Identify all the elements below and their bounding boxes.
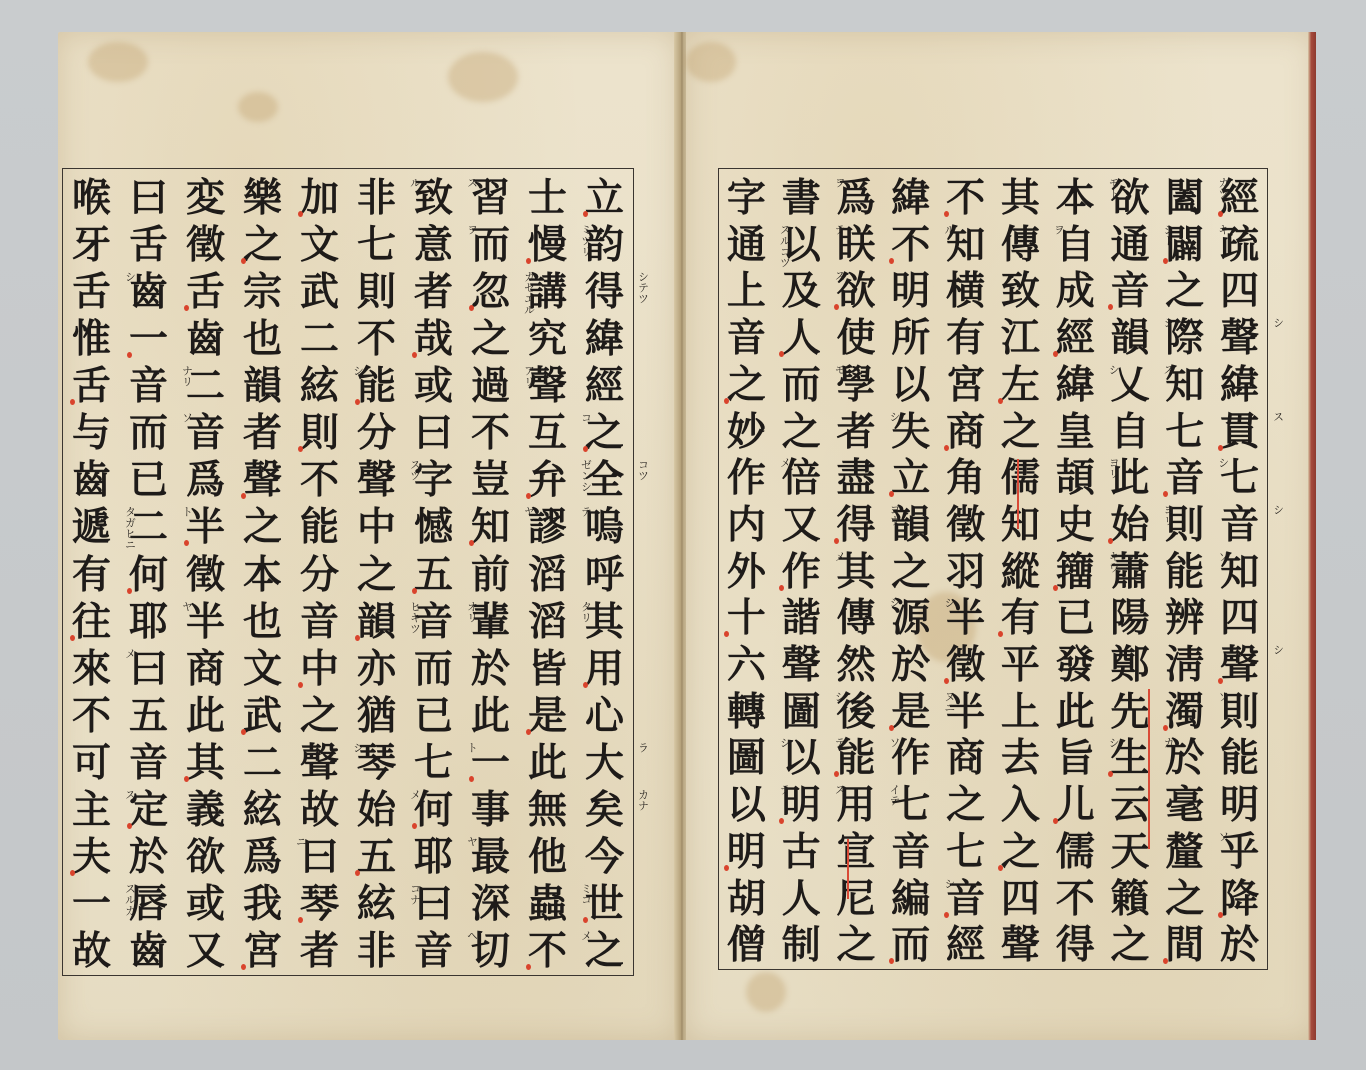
kanji-character: 人: [775, 315, 827, 362]
kanji-character: 傳ヲ: [994, 222, 1046, 269]
kanji-character: 胡: [720, 876, 772, 923]
red-punctuation-dot: [1108, 304, 1113, 310]
red-punctuation-dot: [70, 399, 75, 405]
kanji-character: 七ト: [408, 740, 460, 787]
kanji-character: 之: [1159, 268, 1211, 315]
kunten-reading-mark: ニ: [296, 836, 307, 847]
kunten-reading-mark: シ: [1273, 317, 1284, 328]
kanji-character: 中: [294, 646, 346, 693]
kanji-character: 絃シ: [294, 363, 346, 410]
kanji-character: 哉: [408, 316, 460, 363]
kanji-character: 釐ソ: [1159, 829, 1211, 876]
red-punctuation-dot: [1218, 445, 1223, 451]
kanji-character: 不: [1049, 876, 1101, 923]
kanji-character: 緯: [885, 175, 937, 222]
kanji-character: 之: [237, 222, 289, 269]
kanji-character: 内: [720, 502, 772, 549]
kanji-character: 之: [1159, 876, 1211, 923]
kanji-character: 通シト: [1104, 222, 1156, 269]
kunten-reading-mark: ヌニ: [944, 691, 955, 713]
kanji-character: 而モ: [775, 362, 827, 409]
kanji-character: 儿: [1049, 782, 1101, 829]
kanji-character: 事: [465, 787, 517, 834]
kanji-character: 經: [1049, 315, 1101, 362]
kunten-reading-mark: ス: [467, 177, 478, 188]
kanji-character: 皇: [1049, 409, 1101, 456]
kanji-character: 尼: [830, 876, 882, 923]
kanji-character: 也: [237, 599, 289, 646]
red-punctuation-dot: [469, 540, 474, 546]
kanji-character: 縱: [994, 549, 1046, 596]
kanji-character: 舌: [66, 363, 118, 410]
text-column: 樂之宗也韻者聲之本也文武二絃爲ニ我宮: [234, 169, 291, 975]
left-page: 立韵得シテツ緯經之全コツ嗚呼其用心大ラ矣カナ今世之士慢ミツリ講究聲互コ弁ゼンシ謬…: [58, 32, 678, 1040]
kanji-character: 有: [994, 595, 1046, 642]
kanji-character: 以テ: [720, 782, 772, 829]
red-punctuation-dot: [944, 678, 949, 684]
kanji-character: 耶ヤ: [408, 834, 460, 881]
kanji-character: 之: [994, 409, 1046, 456]
kanji-character: 上: [720, 268, 772, 315]
kanji-character: 二: [294, 316, 346, 363]
red-punctuation-dot: [944, 912, 949, 918]
kunten-reading-mark: ル: [944, 224, 955, 235]
text-column: 爲眹欲使學者シ盡得ヨウ其傳シ然後能ソ用イテ宣尼之: [829, 169, 884, 969]
kanji-character: 豈: [465, 457, 517, 504]
red-punctuation-dot: [779, 351, 784, 357]
kunten-reading-mark: ラ: [638, 742, 649, 753]
water-stain: [238, 92, 278, 122]
kanji-character: 舌: [123, 222, 175, 269]
kanji-character: 七: [351, 222, 403, 269]
kanji-character: 又: [775, 502, 827, 549]
red-punctuation-dot: [889, 258, 894, 264]
kanji-character: 經: [579, 363, 631, 410]
kunten-reading-mark: カセエル: [524, 271, 535, 315]
kunten-reading-mark: コ: [581, 412, 592, 423]
kunten-reading-mark: シ: [944, 878, 955, 889]
kunten-reading-mark: ソ: [1218, 691, 1229, 702]
kanji-character: 所: [885, 315, 937, 362]
kunten-reading-mark: シ: [1163, 317, 1174, 328]
kanji-character: 旨シ: [1049, 735, 1101, 782]
red-punctuation-dot: [834, 304, 839, 310]
kanji-character: 闔カツ: [1159, 175, 1211, 222]
kunten-reading-mark: ヲ: [467, 224, 478, 235]
kanji-character: 已: [1049, 595, 1101, 642]
kanji-character: 人: [775, 876, 827, 923]
kanji-character: 猶: [351, 693, 403, 740]
kanji-character: 自: [1104, 409, 1156, 456]
kanji-character: 陽: [1104, 595, 1156, 642]
kanji-character: 弁ゼンシ: [522, 457, 574, 504]
kanji-character: 降: [1214, 876, 1266, 923]
kanji-character: 其: [994, 175, 1046, 222]
red-punctuation-dot: [355, 870, 360, 876]
kanji-character: 以: [885, 362, 937, 409]
kunten-reading-mark: ス: [125, 789, 136, 800]
kanji-character: 上: [994, 689, 1046, 736]
red-punctuation-dot: [1163, 725, 1168, 731]
kanji-character: 作メ: [720, 455, 772, 502]
kanji-character: 於: [123, 834, 175, 881]
kunten-reading-mark: ナリ: [182, 365, 193, 387]
kanji-character: 音: [123, 740, 175, 787]
kanji-character: 宗: [237, 269, 289, 316]
kunten-reading-mark: ヤ: [467, 836, 478, 847]
kanji-character: 來メ: [66, 646, 118, 693]
red-punctuation-dot: [944, 445, 949, 451]
kanji-character: 聲シ: [294, 740, 346, 787]
kanji-character: 或: [180, 881, 232, 928]
kanji-character: 加: [294, 175, 346, 222]
red-punctuation-dot: [779, 818, 784, 824]
kanji-character: 江: [994, 315, 1046, 362]
kanji-character: 互コ: [522, 410, 574, 457]
left-text-columns: 立韵得シテツ緯經之全コツ嗚呼其用心大ラ矣カナ今世之士慢ミツリ講究聲互コ弁ゼンシ謬…: [63, 169, 633, 975]
kunten-reading-mark: スルコツ: [779, 224, 790, 268]
kunten-reading-mark: コツ: [638, 459, 649, 481]
kunten-reading-mark: ゼンシ: [581, 459, 592, 492]
kanji-character: 義: [180, 787, 232, 834]
kanji-character: 韻シ: [1104, 315, 1156, 362]
text-column: 習而忽カセエル之過アリ不豈知ヤ前輩於此一事最深切: [462, 169, 519, 975]
red-punctuation-dot: [184, 305, 189, 311]
kunten-reading-mark: テ: [581, 506, 592, 517]
kanji-character: 之: [775, 409, 827, 456]
kunten-reading-mark: カ: [1163, 737, 1174, 748]
kanji-character: 或: [408, 363, 460, 410]
kanji-character: 商: [940, 735, 992, 782]
kanji-character: 於: [885, 642, 937, 689]
kunten-reading-mark: カツ: [1218, 177, 1229, 199]
kunten-reading-mark: メ: [834, 551, 845, 562]
kanji-character: 士: [522, 175, 574, 222]
kunten-reading-mark: ヲ: [1053, 224, 1064, 235]
kanji-character: 樂: [237, 175, 289, 222]
text-column: 喉牙舌シ惟舌与齒遞タガヒニ有往來メ不可主ス夫一スルカ故: [63, 169, 120, 975]
kanji-character: 心: [579, 693, 631, 740]
kanji-character: 徵: [180, 552, 232, 599]
kanji-character: 之: [830, 922, 882, 969]
kunten-reading-mark: スツ: [410, 459, 421, 481]
kanji-character: 而ソ: [123, 410, 175, 457]
kanji-character: 皆: [522, 646, 574, 693]
kunten-reading-mark: メ: [779, 457, 790, 468]
kanji-character: 制: [775, 922, 827, 969]
red-punctuation-dot: [526, 493, 531, 499]
kunten-reading-mark: モ: [834, 364, 845, 375]
kunten-reading-mark: シ: [1108, 364, 1119, 375]
kanji-character: 知ヤ: [465, 504, 517, 551]
red-punctuation-dot: [355, 635, 360, 641]
red-punctuation-dot: [998, 865, 1003, 871]
red-punctuation-dot: [298, 682, 303, 688]
kunten-reading-mark: メ: [581, 930, 592, 941]
kanji-character: 何: [123, 552, 175, 599]
kanji-character: 不ル: [885, 222, 937, 269]
kunten-reading-mark: コナ: [410, 883, 421, 905]
kanji-character: 僧: [720, 922, 772, 969]
kunten-reading-mark: ヲ: [834, 177, 845, 188]
kanji-character: 之: [720, 362, 772, 409]
kunten-reading-mark: タリ: [581, 601, 592, 623]
kanji-character: 諧: [775, 595, 827, 642]
kanji-character: 明: [1214, 782, 1266, 829]
text-column: 変徵舌齒二音爲半徵半商此其義欲或又: [177, 169, 234, 975]
kunten-reading-mark: ヤ: [524, 506, 535, 517]
kunten-reading-mark: シト: [1163, 224, 1174, 246]
red-punctuation-dot: [70, 635, 75, 641]
red-punctuation-dot: [241, 729, 246, 735]
kanji-character: 通スルコツ: [720, 222, 772, 269]
kanji-character: 者: [294, 928, 346, 975]
kanji-character: 辨: [1159, 595, 1211, 642]
kanji-character: 音シ: [1214, 502, 1266, 549]
kanji-character: 意ヲ: [408, 222, 460, 269]
kunten-reading-mark: テ: [779, 784, 790, 795]
kanji-character: 音ヘ: [408, 928, 460, 975]
kunten-reading-mark: ミコ: [581, 883, 592, 905]
kanji-character: 頡ヨリ: [1049, 455, 1101, 502]
kanji-character: 者: [237, 410, 289, 457]
kanji-character: 商: [180, 646, 232, 693]
red-punctuation-dot: [355, 399, 360, 405]
kanji-character: 古: [775, 829, 827, 876]
kanji-character: 音シ: [1159, 455, 1211, 502]
kunten-reading-mark: メ: [410, 789, 421, 800]
kanji-character: 爲: [180, 457, 232, 504]
kanji-character: 琴: [294, 881, 346, 928]
kanji-character: 明: [885, 268, 937, 315]
kanji-character: 蟲ミコ: [522, 881, 574, 928]
proper-noun-line: [1148, 689, 1150, 849]
kanji-character: 遞タガヒニ: [66, 504, 118, 551]
kanji-character: 不: [66, 693, 118, 740]
kanji-character: 此: [522, 740, 574, 787]
kanji-character: 究: [522, 316, 574, 363]
kanji-character: 一: [123, 316, 175, 363]
red-punctuation-dot: [1218, 678, 1223, 684]
kanji-character: 不: [351, 316, 403, 363]
kunten-reading-mark: ソ: [1218, 551, 1229, 562]
kunten-reading-mark: ス: [1273, 411, 1284, 422]
kanji-character: 能: [1214, 735, 1266, 782]
kanji-character: 音: [885, 829, 937, 876]
kanji-character: 則: [351, 269, 403, 316]
kunten-reading-mark: テ: [834, 224, 845, 235]
kanji-character: 可: [66, 740, 118, 787]
kunten-reading-mark: ル: [410, 177, 421, 188]
kanji-character: 此: [1049, 689, 1101, 736]
red-punctuation-dot: [298, 211, 303, 217]
red-punctuation-dot: [70, 870, 75, 876]
red-punctuation-dot: [469, 305, 474, 311]
kanji-character: 大ラ: [579, 740, 631, 787]
kanji-character: 滔タリ: [522, 599, 574, 646]
kanji-character: 盡: [830, 455, 882, 502]
kanji-character: 徵: [940, 642, 992, 689]
kanji-character: 韻ヒキツ: [351, 599, 403, 646]
kanji-character: 前: [465, 552, 517, 599]
kanji-character: 明: [720, 829, 772, 876]
text-column: 書ヲ以テ及ス人而モ之倍又作メ諧聲圖シ以テ明ス古人制: [774, 169, 829, 969]
kanji-character: 之: [994, 829, 1046, 876]
kanji-character: 七: [940, 829, 992, 876]
kanji-character: 往: [66, 599, 118, 646]
kunten-reading-mark: ト: [182, 506, 193, 517]
kunten-reading-mark: ト: [467, 742, 478, 753]
text-column: 字通スルコツ上音之妙作メ内外十六轉圖シ以テ明胡僧: [719, 169, 774, 969]
kunten-reading-mark: ス: [1163, 364, 1174, 375]
red-punctuation-dot: [1163, 958, 1168, 964]
kanji-character: 滔: [522, 552, 574, 599]
kanji-character: 絃コナ: [351, 881, 403, 928]
kanji-character: 齒: [180, 316, 232, 363]
kanji-character: 濁ソ: [1159, 689, 1211, 736]
kanji-character: 中: [351, 504, 403, 551]
kanji-character: 立: [885, 455, 937, 502]
kunten-reading-mark: テ: [834, 737, 845, 748]
kunten-reading-mark: スルカ: [125, 883, 136, 916]
kanji-character: 是ヌニ: [885, 689, 937, 736]
kanji-character: 過アリ: [465, 363, 517, 410]
kanji-character: 毫: [1159, 782, 1211, 829]
red-punctuation-dot: [127, 352, 132, 358]
red-punctuation-dot: [1218, 912, 1223, 918]
kanji-character: 得シテツ: [579, 269, 631, 316]
kanji-character: 平: [994, 642, 1046, 689]
left-text-frame: 立韵得シテツ緯經之全コツ嗚呼其用心大ラ矣カナ今世之士慢ミツリ講究聲互コ弁ゼンシ謬…: [62, 168, 634, 976]
kanji-character: 然: [830, 642, 882, 689]
kanji-character: 曰: [408, 410, 460, 457]
red-punctuation-dot: [834, 771, 839, 777]
red-punctuation-dot: [583, 682, 588, 688]
water-stain: [448, 52, 518, 102]
red-punctuation-dot: [1218, 211, 1223, 217]
kanji-character: 角: [940, 455, 992, 502]
kanji-character: 籒キウ: [1049, 549, 1101, 596]
kanji-character: 四: [994, 876, 1046, 923]
kanji-character: 發: [1049, 642, 1101, 689]
kanji-character: 徵: [940, 502, 992, 549]
red-punctuation-dot: [724, 398, 729, 404]
red-punctuation-dot: [583, 446, 588, 452]
kunten-reading-mark: ソ: [182, 412, 193, 423]
red-punctuation-dot: [1053, 351, 1058, 357]
kanji-character: 則: [294, 410, 346, 457]
text-column: 立韵得シテツ緯經之全コツ嗚呼其用心大ラ矣カナ今世之: [576, 169, 633, 975]
red-punctuation-dot: [127, 588, 132, 594]
kanji-character: 聲シ: [1214, 315, 1266, 362]
red-punctuation-dot: [298, 917, 303, 923]
kanji-character: 轉: [720, 689, 772, 736]
kanji-character: 得ヨウ: [830, 502, 882, 549]
kanji-character: 立: [579, 175, 631, 222]
kanji-character: 圖シ: [720, 735, 772, 782]
kanji-character: 齒: [66, 457, 118, 504]
red-punctuation-dot: [412, 588, 417, 594]
kanji-character: 而: [885, 922, 937, 969]
kanji-character: 亦: [351, 646, 403, 693]
kanji-character: 不メ: [522, 928, 574, 975]
kanji-character: 淸: [1159, 642, 1211, 689]
kunten-reading-mark: アリ: [524, 365, 535, 387]
kunten-reading-mark: オリ: [467, 601, 478, 623]
red-punctuation-dot: [184, 776, 189, 782]
kanji-character: 也: [237, 316, 289, 363]
kunten-reading-mark: シテツ: [638, 271, 649, 304]
kanji-character: 有: [940, 315, 992, 362]
kanji-character: 文: [237, 646, 289, 693]
kunten-reading-mark: シ: [125, 271, 136, 282]
kunten-reading-mark: シ: [353, 365, 364, 376]
kanji-character: 此: [465, 693, 517, 740]
kunten-reading-mark: ヤ: [182, 601, 193, 612]
kanji-character: 韻: [237, 363, 289, 410]
kanji-character: 是: [522, 693, 574, 740]
kanji-character: 慢ミツリ: [522, 222, 574, 269]
kanji-character: 本モト: [1049, 175, 1101, 222]
kanji-character: 能: [294, 504, 346, 551]
kanji-character: 聲: [237, 457, 289, 504]
kanji-character: 爲ニ: [237, 834, 289, 881]
kanji-character: 夫: [66, 834, 118, 881]
kunten-reading-mark: ヨリ: [1108, 457, 1119, 479]
kanji-character: 音ナリ: [123, 363, 175, 410]
kanji-character: 五: [123, 693, 175, 740]
red-punctuation-dot: [998, 398, 1003, 404]
red-punctuation-dot: [1108, 771, 1113, 777]
kanji-character: 者シ: [830, 409, 882, 456]
kanji-character: 始ヨリ: [1104, 502, 1156, 549]
kanji-character: 得: [1049, 922, 1101, 969]
kunten-reading-mark: シ: [1273, 644, 1284, 655]
book-edge: [1308, 32, 1316, 1040]
kanji-character: 作メ: [775, 549, 827, 596]
open-book: 立韵得シテツ緯經之全コツ嗚呼其用心大ラ矣カナ今世之士慢ミツリ講究聲互コ弁ゼンシ謬…: [58, 32, 1316, 1040]
kanji-character: 牙: [66, 222, 118, 269]
kanji-character: 已: [123, 457, 175, 504]
kanji-character: 無: [522, 787, 574, 834]
kanji-character: 不: [294, 457, 346, 504]
kunten-reading-mark: シ: [1108, 737, 1119, 748]
kanji-character: 武: [237, 693, 289, 740]
red-punctuation-dot: [241, 258, 246, 264]
kanji-character: 聲スツ: [351, 457, 403, 504]
red-punctuation-dot: [184, 540, 189, 546]
text-column: 非ル七則不能分聲スツ中之韻ヒキツ亦猶琴始メ五絃コナ非: [348, 169, 405, 975]
kanji-character: 致: [994, 268, 1046, 315]
kanji-character: 能ソ: [1159, 549, 1211, 596]
kanji-character: 之: [465, 316, 517, 363]
red-punctuation-dot: [724, 865, 729, 871]
kunten-reading-mark: ヨリ: [1163, 504, 1174, 526]
kunten-reading-mark: シ: [353, 742, 364, 753]
kanji-character: 緯シ: [1049, 362, 1101, 409]
red-punctuation-dot: [1163, 491, 1168, 497]
kanji-character: 左: [994, 362, 1046, 409]
kanji-character: 分: [294, 552, 346, 599]
kanji-character: 五: [351, 834, 403, 881]
kanji-character: 圖シ: [775, 689, 827, 736]
kanji-character: 聲: [994, 922, 1046, 969]
kanji-character: 儒: [994, 455, 1046, 502]
kunten-reading-mark: ス: [834, 784, 845, 795]
text-column: 經疏四聲シ緯貫ス七音シ知四聲シ則能明乎降於: [1212, 169, 1267, 969]
kanji-character: 深: [465, 881, 517, 928]
kanji-character: 不: [940, 175, 992, 222]
